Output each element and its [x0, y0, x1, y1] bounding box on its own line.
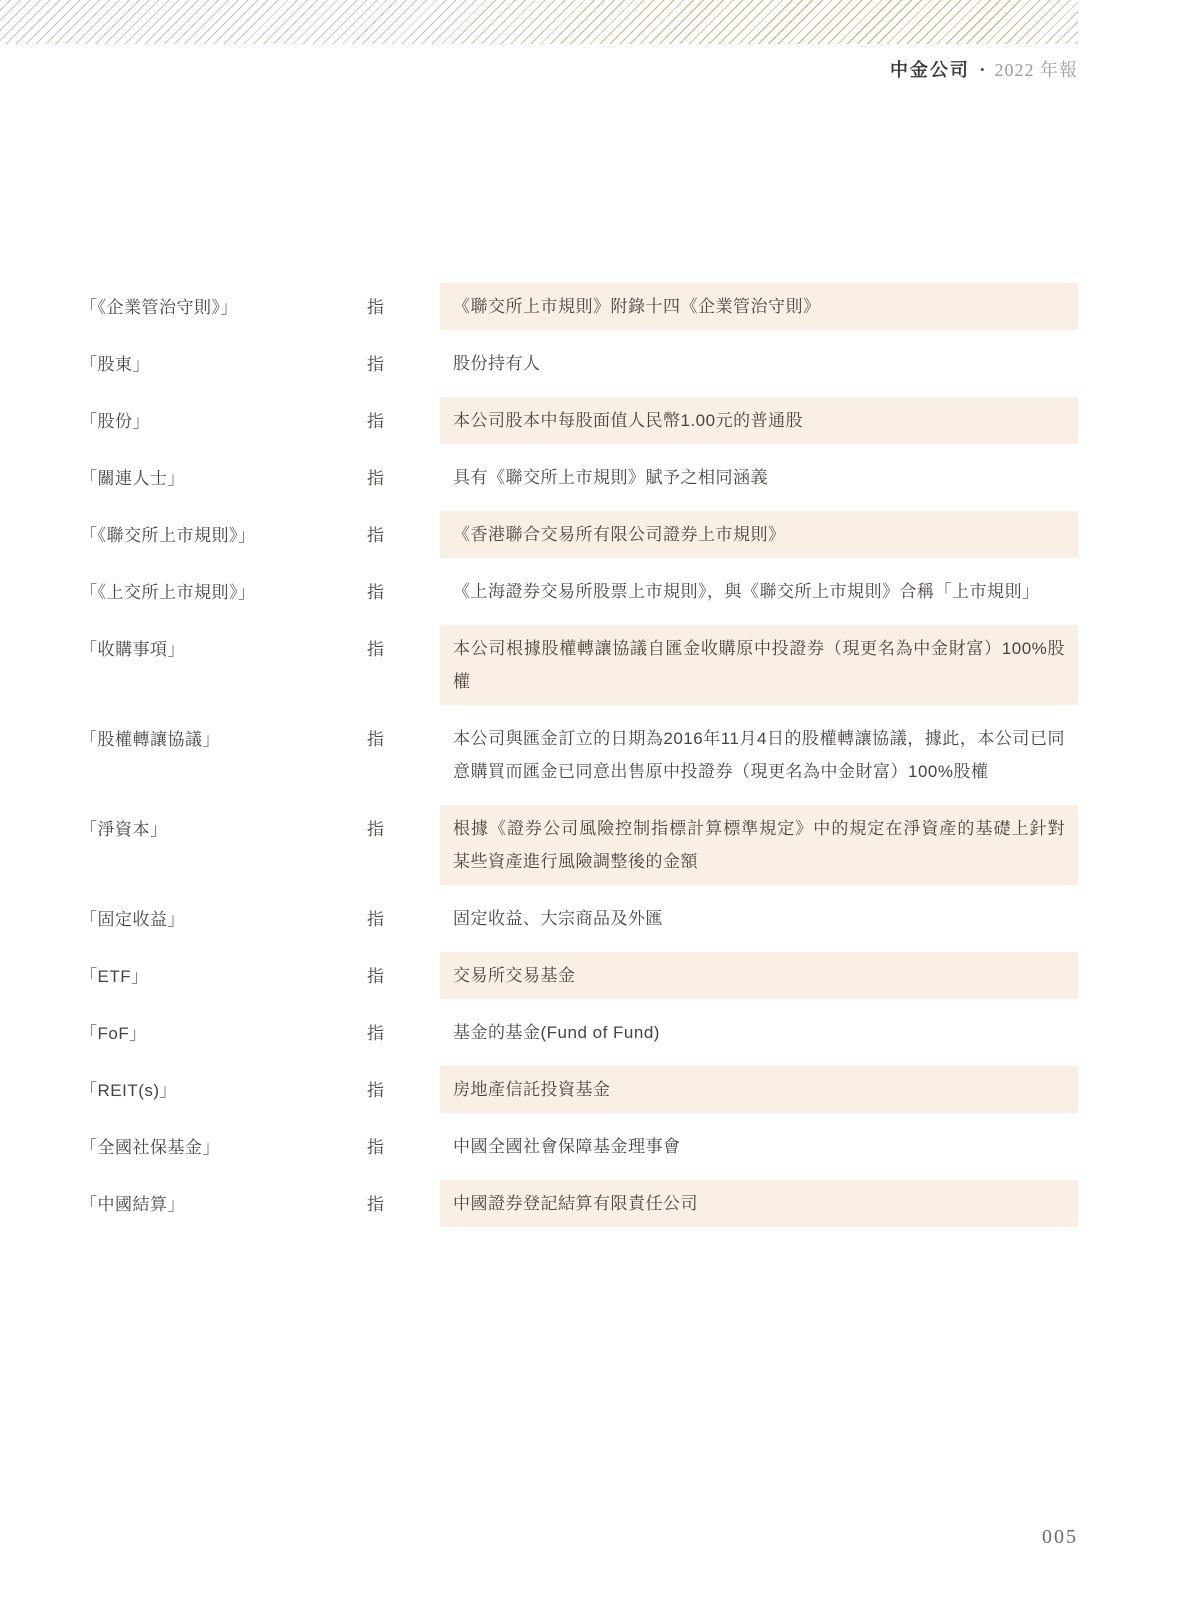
term-cell: 「中國結算」	[80, 1180, 367, 1227]
definition-row: 「收購事項」 指 本公司根據股權轉讓協議自匯金收購原中投證券（現更名為中金財富）…	[80, 625, 1078, 705]
definition-cell: 中國證券登記結算有限責任公司	[440, 1180, 1078, 1227]
connector-cell: 指	[367, 568, 440, 615]
connector-cell: 指	[367, 952, 440, 999]
definition-cell: 《上海證券交易所股票上市規則》，與《聯交所上市規則》合稱「上市規則」	[440, 568, 1078, 615]
connector-cell: 指	[367, 283, 440, 330]
term-cell: 「關連人士」	[80, 454, 367, 501]
term-cell: 「《企業管治守則》」	[80, 283, 367, 330]
connector-cell: 指	[367, 454, 440, 501]
connector-cell: 指	[367, 1123, 440, 1170]
term-cell: 「固定收益」	[80, 895, 367, 942]
definition-row: 「固定收益」 指 固定收益、大宗商品及外匯	[80, 895, 1078, 942]
definition-cell: 中國全國社會保障基金理事會	[440, 1123, 1078, 1170]
term-cell: 「FoF」	[80, 1009, 367, 1056]
definition-cell: 《聯交所上市規則》附錄十四《企業管治守則》	[440, 283, 1078, 330]
report-edition: 2022 年報	[995, 60, 1079, 80]
definition-cell: 基金的基金(Fund of Fund)	[440, 1009, 1078, 1056]
connector-cell: 指	[367, 895, 440, 942]
term-cell: 「股權轉讓協議」	[80, 715, 367, 795]
definition-row: 「《上交所上市規則》」 指 《上海證券交易所股票上市規則》，與《聯交所上市規則》…	[80, 568, 1078, 615]
definition-cell: 本公司股本中每股面值人民幣1.00元的普通股	[440, 397, 1078, 444]
term-cell: 「REIT(s)」	[80, 1066, 367, 1113]
definition-cell: 房地產信託投資基金	[440, 1066, 1078, 1113]
definition-cell: 本公司根據股權轉讓協議自匯金收購原中投證券（現更名為中金財富）100%股權	[440, 625, 1078, 705]
definition-cell: 《香港聯合交易所有限公司證券上市規則》	[440, 511, 1078, 558]
decorative-stripes-band	[0, 0, 1078, 44]
definition-row: 「中國結算」 指 中國證券登記結算有限責任公司	[80, 1180, 1078, 1227]
term-cell: 「淨資本」	[80, 805, 367, 885]
definition-row: 「FoF」 指 基金的基金(Fund of Fund)	[80, 1009, 1078, 1056]
definition-row: 「ETF」 指 交易所交易基金	[80, 952, 1078, 999]
definition-cell: 固定收益、大宗商品及外匯	[440, 895, 1078, 942]
definition-cell: 交易所交易基金	[440, 952, 1078, 999]
definition-row: 「《聯交所上市規則》」 指 《香港聯合交易所有限公司證券上市規則》	[80, 511, 1078, 558]
term-cell: 「ETF」	[80, 952, 367, 999]
connector-cell: 指	[367, 625, 440, 705]
definition-row: 「淨資本」 指 根據《證券公司風險控制指標計算標準規定》中的規定在淨資產的基礎上…	[80, 805, 1078, 885]
definition-row: 「關連人士」 指 具有《聯交所上市規則》賦予之相同涵義	[80, 454, 1078, 501]
company-name: 中金公司	[890, 60, 970, 80]
connector-cell: 指	[367, 511, 440, 558]
definition-cell: 根據《證券公司風險控制指標計算標準規定》中的規定在淨資產的基礎上針對某些資產進行…	[440, 805, 1078, 885]
definition-row: 「股份」 指 本公司股本中每股面值人民幣1.00元的普通股	[80, 397, 1078, 444]
definition-row: 「股權轉讓協議」 指 本公司與匯金訂立的日期為2016年11月4日的股權轉讓協議…	[80, 715, 1078, 795]
connector-cell: 指	[367, 1066, 440, 1113]
connector-cell: 指	[367, 715, 440, 795]
term-cell: 「股東」	[80, 340, 367, 387]
term-cell: 「《聯交所上市規則》」	[80, 511, 367, 558]
definition-cell: 股份持有人	[440, 340, 1078, 387]
term-cell: 「股份」	[80, 397, 367, 444]
bullet-separator-icon: •	[980, 58, 985, 82]
definition-row: 「股東」 指 股份持有人	[80, 340, 1078, 387]
report-page: 中金公司•2022 年報 「《企業管治守則》」 指 《聯交所上市規則》附錄十四《…	[0, 0, 1190, 1615]
definition-row: 「《企業管治守則》」 指 《聯交所上市規則》附錄十四《企業管治守則》	[80, 283, 1078, 330]
definitions-table: 「《企業管治守則》」 指 《聯交所上市規則》附錄十四《企業管治守則》 「股東」 …	[80, 283, 1078, 1237]
term-cell: 「全國社保基金」	[80, 1123, 367, 1170]
page-header: 中金公司•2022 年報	[0, 58, 1078, 82]
term-cell: 「收購事項」	[80, 625, 367, 705]
definition-row: 「REIT(s)」 指 房地產信託投資基金	[80, 1066, 1078, 1113]
connector-cell: 指	[367, 1180, 440, 1227]
definition-row: 「全國社保基金」 指 中國全國社會保障基金理事會	[80, 1123, 1078, 1170]
connector-cell: 指	[367, 397, 440, 444]
connector-cell: 指	[367, 805, 440, 885]
connector-cell: 指	[367, 340, 440, 387]
definition-cell: 本公司與匯金訂立的日期為2016年11月4日的股權轉讓協議，據此，本公司已同意購…	[440, 715, 1078, 795]
definition-cell: 具有《聯交所上市規則》賦予之相同涵義	[440, 454, 1078, 501]
page-number: 005	[0, 1526, 1078, 1549]
term-cell: 「《上交所上市規則》」	[80, 568, 367, 615]
connector-cell: 指	[367, 1009, 440, 1056]
